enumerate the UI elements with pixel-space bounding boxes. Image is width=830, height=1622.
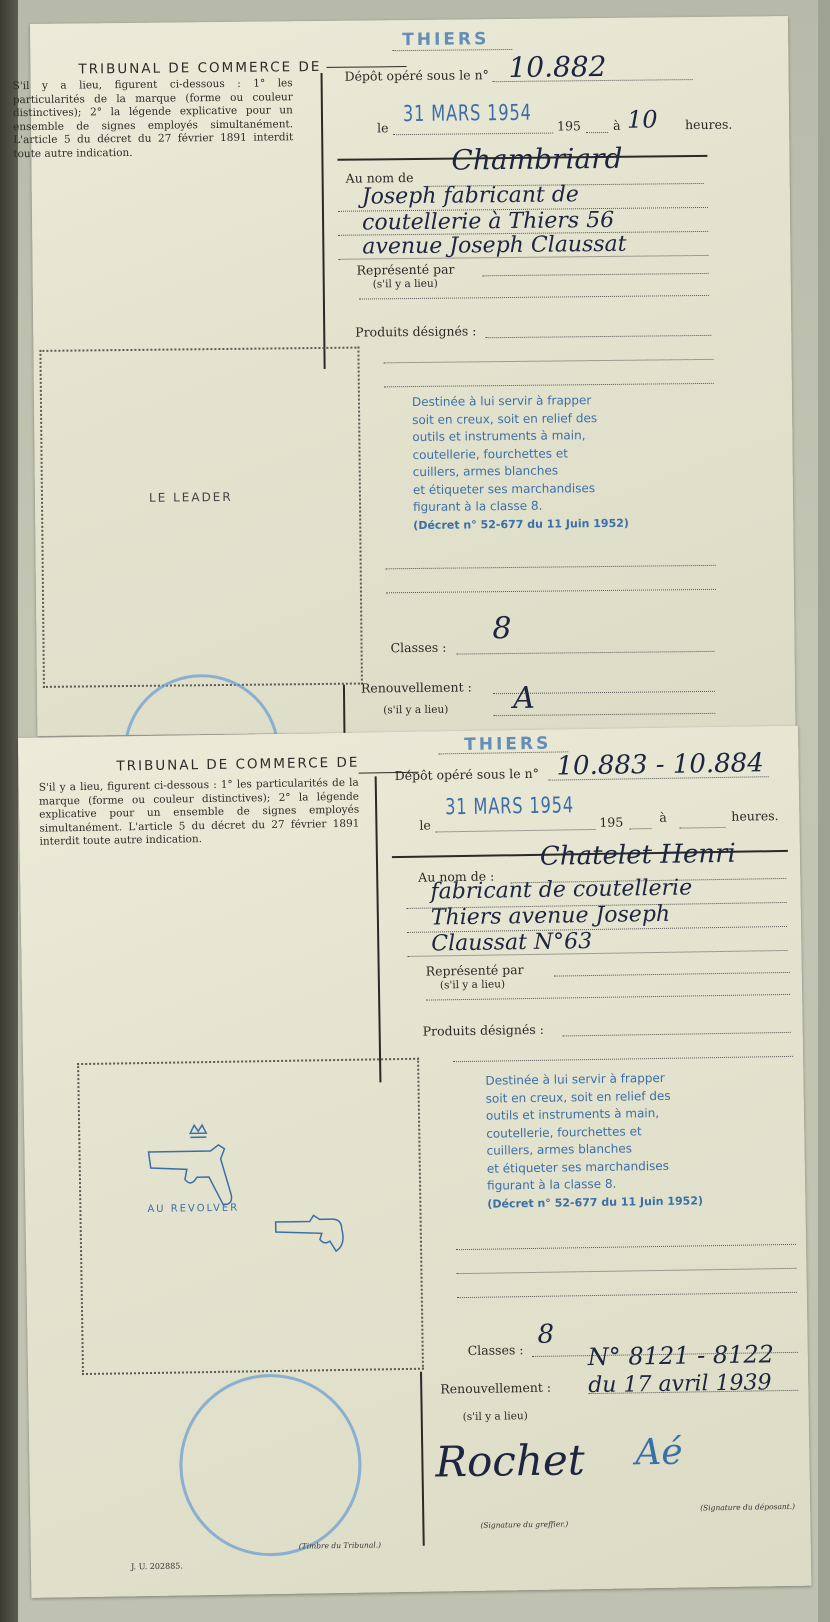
le-label: le — [377, 120, 389, 135]
depot-label: Dépôt opéré sous le n° — [395, 766, 539, 783]
city-stamp: THIERS — [402, 29, 489, 50]
classes-label: Classes : — [390, 640, 446, 656]
revolver-crown-icon — [146, 1122, 257, 1214]
tribunal-seal — [178, 1373, 363, 1558]
renouvellement-value[interactable]: N° 8121 - 8122 — [588, 1340, 775, 1371]
classes-value[interactable]: 8 — [492, 611, 511, 646]
notice-text: S'il y a lieu, figurent ci-dessous : 1° … — [13, 77, 294, 161]
produits-stamp: Destinée à lui servir à frapper soit en … — [485, 1069, 703, 1212]
applicant-name[interactable]: Chambriard — [451, 142, 622, 177]
form-title: TRIBUNAL DE COMMERCE DE — [78, 59, 321, 78]
registration-form-2: TRIBUNAL DE COMMERCE DE THIERS S'il y a … — [18, 726, 811, 1598]
classes-value[interactable]: 8 — [537, 1320, 554, 1350]
printer-ref: J. U. 202885. — [131, 1562, 183, 1572]
produits-stamp: Destinée à lui servir à frapper soit en … — [412, 392, 629, 534]
notice-text: S'il y a lieu, figurent ci-dessous : 1° … — [39, 777, 360, 850]
pistol-icon — [273, 1211, 354, 1262]
represente-label: Représenté par — [426, 962, 524, 979]
renouvellement-label: Renouvellement : — [440, 1380, 551, 1397]
renouvellement-value[interactable]: A — [513, 681, 535, 716]
trademark-text: AU REVOLVER — [147, 1203, 239, 1215]
trademark-text: LE LEADER — [149, 490, 233, 505]
mark-box: AU REVOLVER — [77, 1058, 424, 1375]
depot-number[interactable]: 10.882 — [508, 50, 606, 84]
depot-label: Dépôt opéré sous le n° — [344, 67, 488, 84]
produits-label: Produits désignés : — [355, 323, 476, 339]
mark-box: LE LEADER — [39, 347, 363, 688]
date-stamp: 31 MARS 1954 — [403, 101, 532, 127]
date-stamp: 31 MARS 1954 — [445, 793, 574, 820]
deposant-signature[interactable]: Aé — [635, 1432, 683, 1474]
form-title: TRIBUNAL DE COMMERCE DE — [116, 755, 359, 775]
applicant-name[interactable]: Chatelet Henri — [540, 839, 736, 872]
timbre-label: (Timbre du Tribunal.) — [299, 1540, 381, 1550]
le-label: le — [419, 818, 431, 833]
deposant-label: (Signature du déposant.) — [700, 1502, 795, 1512]
classes-label: Classes : — [468, 1342, 524, 1358]
registration-form-1: TRIBUNAL DE COMMERCE DE THIERS S'il y a … — [30, 16, 795, 736]
greffier-signature[interactable]: Rochet — [435, 1435, 585, 1486]
represente-label: Représenté par — [357, 262, 455, 278]
renouvellement-label: Renouvellement : — [361, 679, 472, 695]
greffier-label: (Signature du greffier.) — [480, 1519, 568, 1529]
produits-label: Produits désignés : — [423, 1022, 544, 1039]
depot-number[interactable]: 10.883 - 10.884 — [556, 748, 764, 781]
city-stamp: THIERS — [464, 734, 551, 755]
hour-value[interactable]: 10 — [627, 105, 658, 133]
